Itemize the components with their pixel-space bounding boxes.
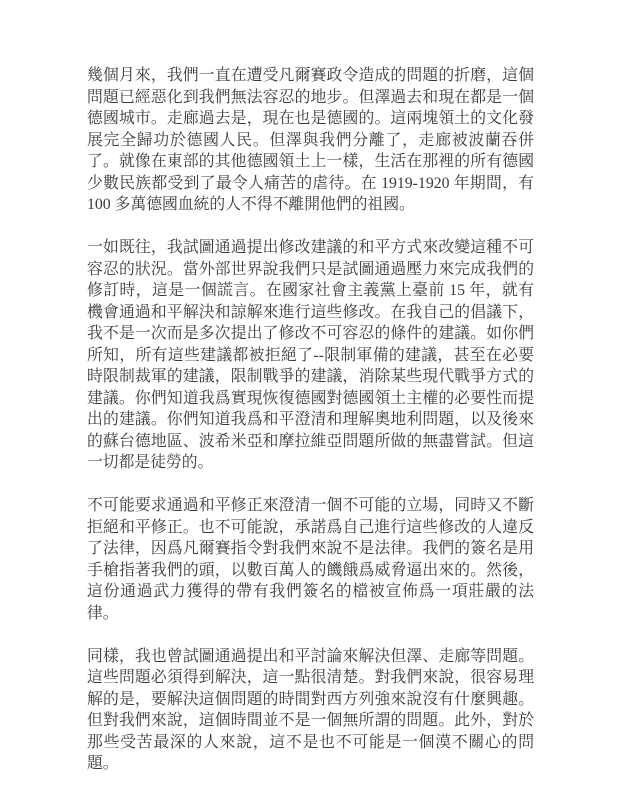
paragraph-danzig-corridor-discussion: 同樣，我也曾試圖通過提出和平討論來解決但澤、走廊等問題。這些問題必須得到解決，這…	[87, 646, 534, 775]
paragraph-versailles-suffering: 幾個月來，我們一直在遭受凡爾賽政令造成的問題的折磨，這個問題已經惡化到我們無法容…	[87, 65, 534, 216]
paragraph-peaceful-revision-proposals: 一如既往，我試圖通過提出修改建議的和平方式來改變這種不可容忍的狀況。當外部世界說…	[87, 237, 534, 474]
document-page: 幾個月來，我們一直在遭受凡爾賽政令造成的問題的折磨，這個問題已經惡化到我們無法容…	[87, 65, 534, 775]
paragraph-signature-under-duress: 不可能要求通過和平修正來澄清一個不可能的立場，同時又不斷拒絕和平修正。也不可能說…	[87, 495, 534, 624]
